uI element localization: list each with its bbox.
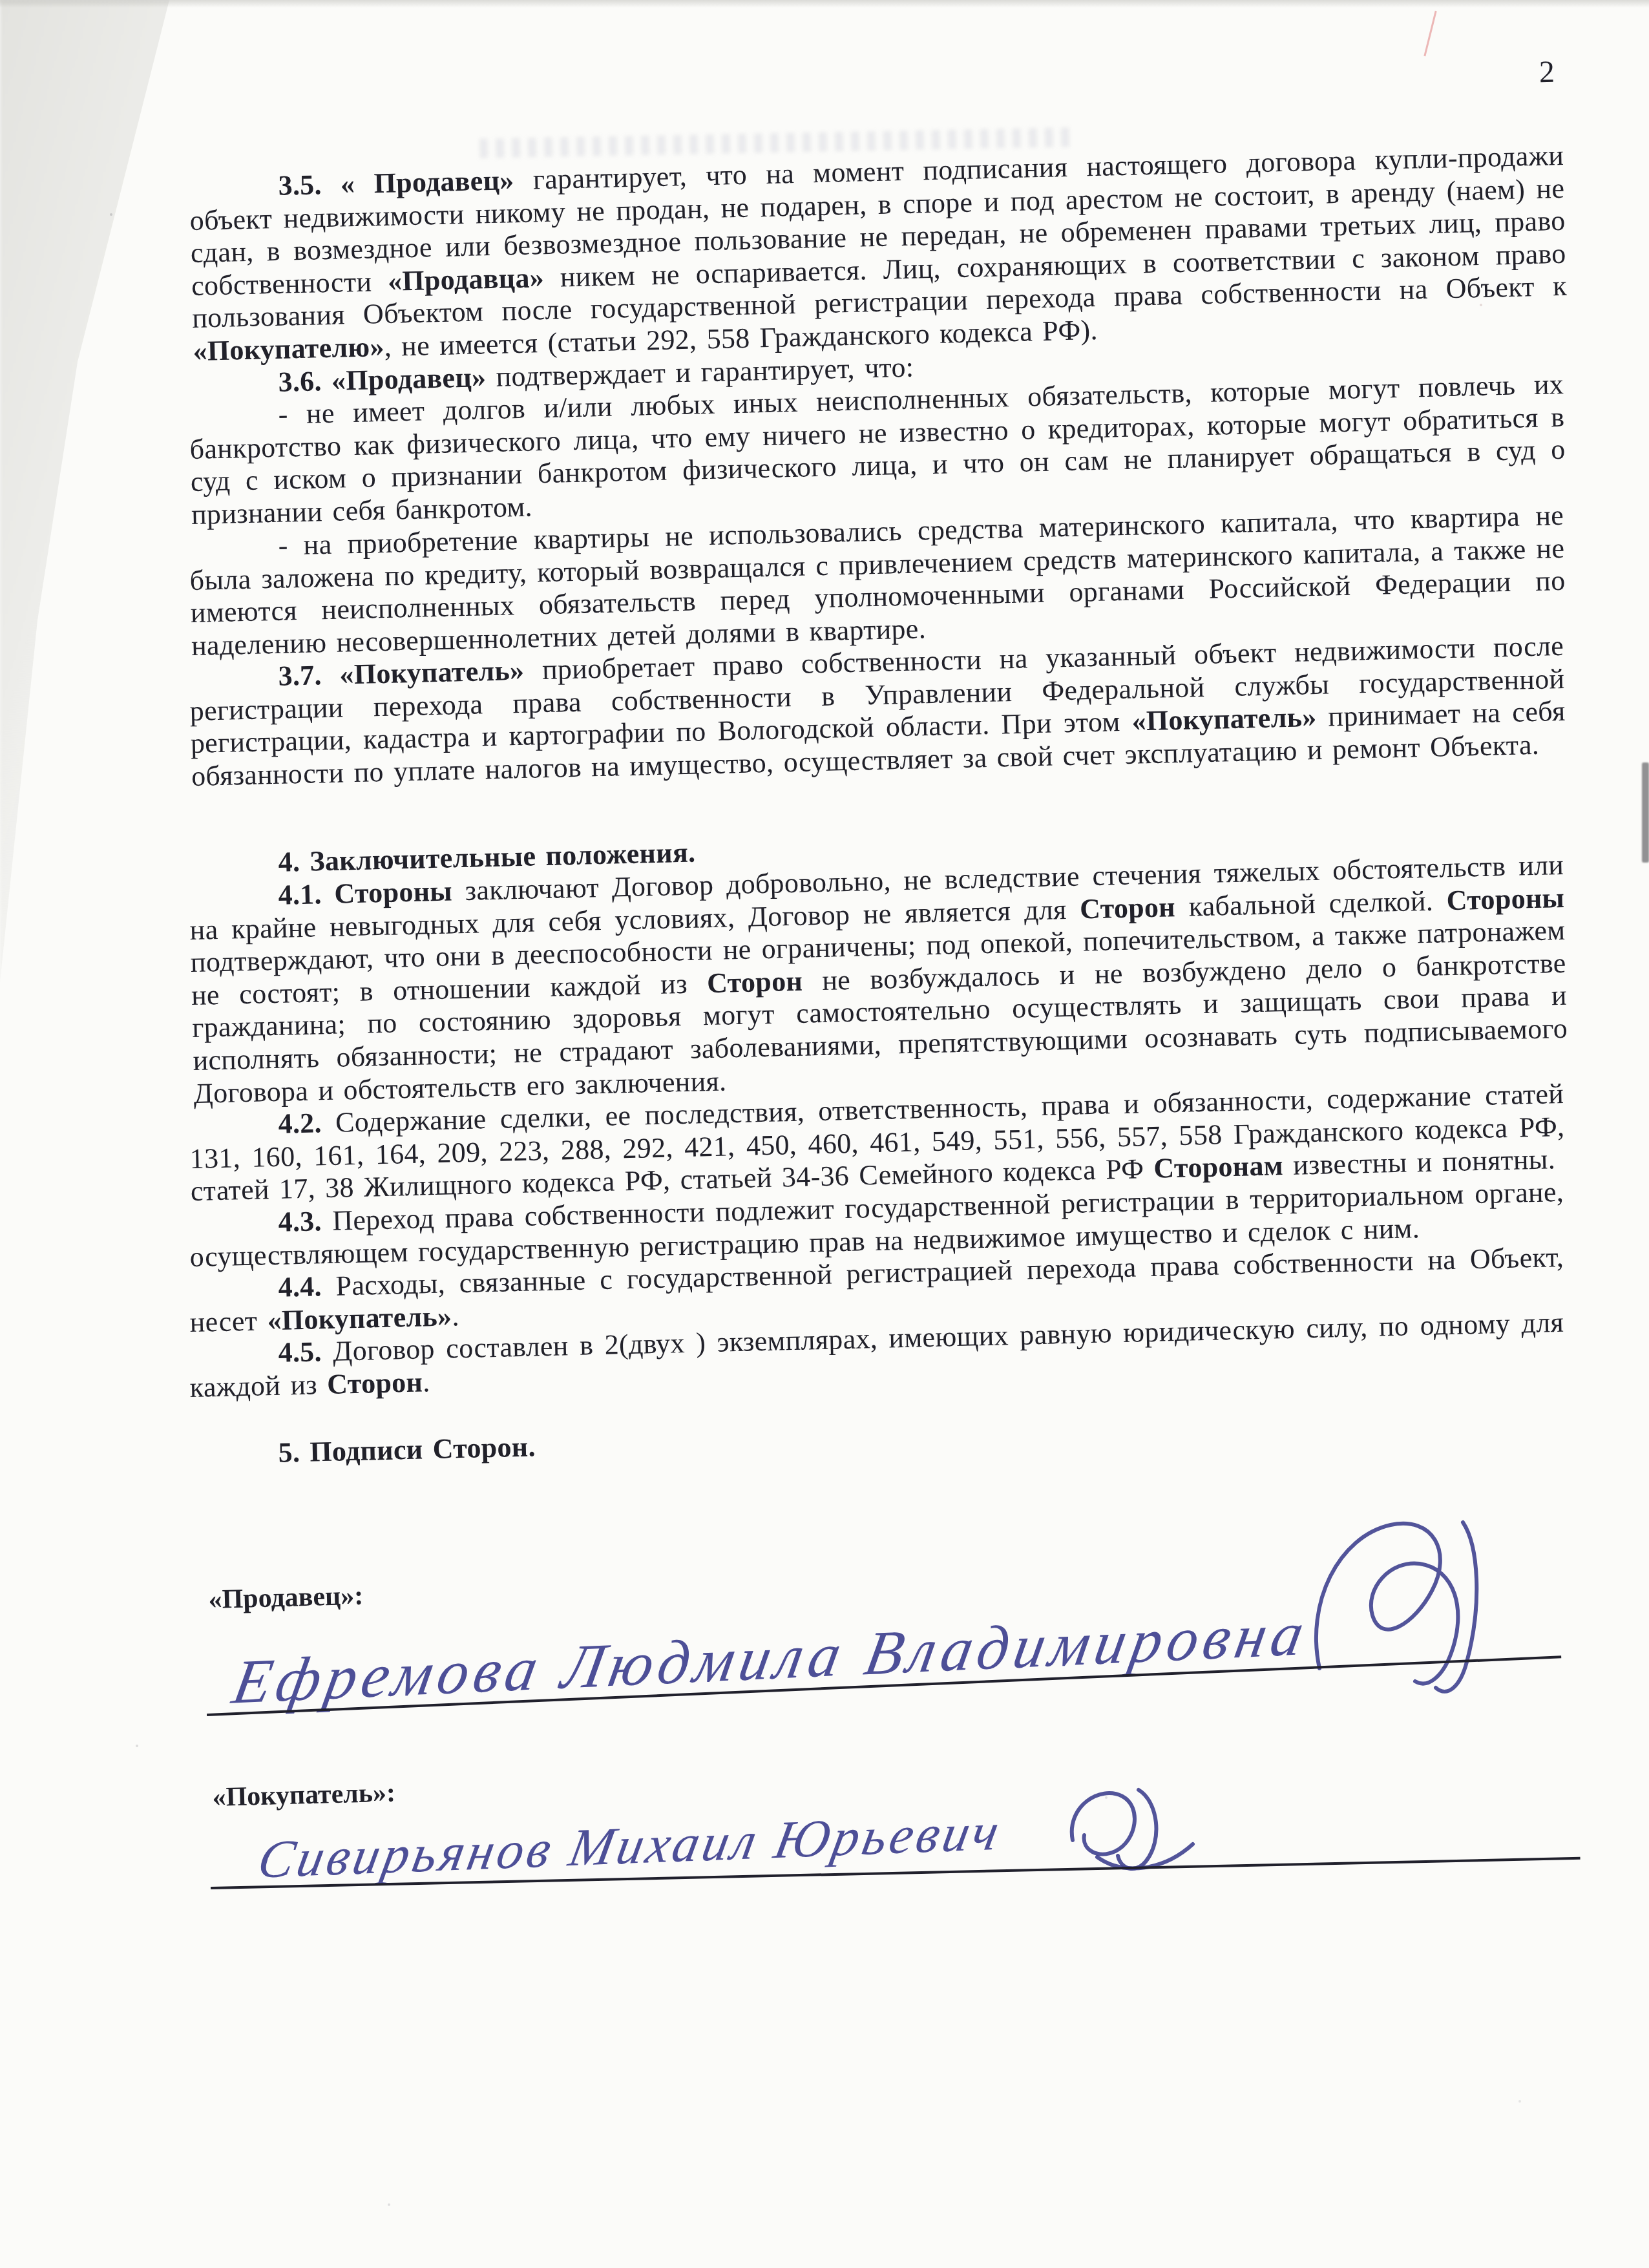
text-run: . [452, 1300, 459, 1332]
text-run: кабальной сделкой. [1175, 885, 1447, 923]
scan-dust-specks [110, 213, 112, 216]
bold-text-run: «Покупатель» [1131, 701, 1317, 737]
bold-text-run: Стороны [1446, 881, 1565, 916]
bold-text-run: Сторонам [1153, 1150, 1284, 1184]
contract-body: 3.5. « Продавец» гарантирует, что на мом… [189, 172, 1564, 1472]
bold-text-run: 3.5. « Продавец» [278, 164, 514, 202]
scan-right-edge-artifact [1642, 762, 1649, 863]
seller-signature-flourish [1292, 1512, 1506, 1712]
scan-scratch-artifact [1423, 11, 1436, 57]
bold-text-run: 3.7. «Покупатель» [278, 655, 525, 692]
flourish-stroke [1316, 1524, 1458, 1684]
flourish-stroke [1072, 1793, 1135, 1854]
seller-label: «Продавец»: [208, 1580, 364, 1615]
page-number: 2 [1539, 54, 1555, 90]
bold-text-run: «Покупатель» [267, 1300, 452, 1336]
bold-text-run: 4.3. [278, 1205, 322, 1238]
bold-text-run: 3.6. «Продавец» [278, 361, 487, 398]
bold-text-run: 5. Подписи Сторон. [278, 1431, 536, 1469]
seller-handwritten-name: Ефремова Людмила Владимировна [227, 1597, 1315, 1718]
text-run: . [422, 1366, 430, 1398]
bold-text-run: «Покупателю» [193, 331, 384, 367]
scan-top-edge-shadow [0, 0, 1649, 8]
bold-text-run: Сторон [1080, 891, 1176, 925]
bold-text-run: 4.4. [278, 1270, 322, 1303]
scanned-contract-page: 2 3.5. « Продавец» гарантирует, что на м… [0, 0, 1649, 2268]
bold-text-run: 4.1. Стороны [278, 875, 453, 910]
bold-text-run: Сторон [707, 965, 803, 998]
bold-text-run: Сторон [327, 1366, 423, 1400]
buyer-signature-flourish [1060, 1778, 1215, 1891]
flourish-stroke [1118, 1790, 1156, 1869]
bold-text-run: «Продавца» [388, 262, 545, 297]
section-5-heading: 5. Подписи Сторон. [189, 1407, 1564, 1472]
text-run: известны и понятны. [1283, 1143, 1555, 1181]
clause-3-5: 3.5. « Продавец» гарантирует, что на мом… [189, 140, 1568, 368]
bold-text-run: 4.2. [278, 1107, 322, 1140]
clause-4-1: 4.1. Стороны заключают Договор доброволь… [189, 849, 1569, 1110]
bold-text-run: 4.5. [278, 1336, 322, 1369]
buyer-label: «Покупатель»: [212, 1778, 396, 1813]
